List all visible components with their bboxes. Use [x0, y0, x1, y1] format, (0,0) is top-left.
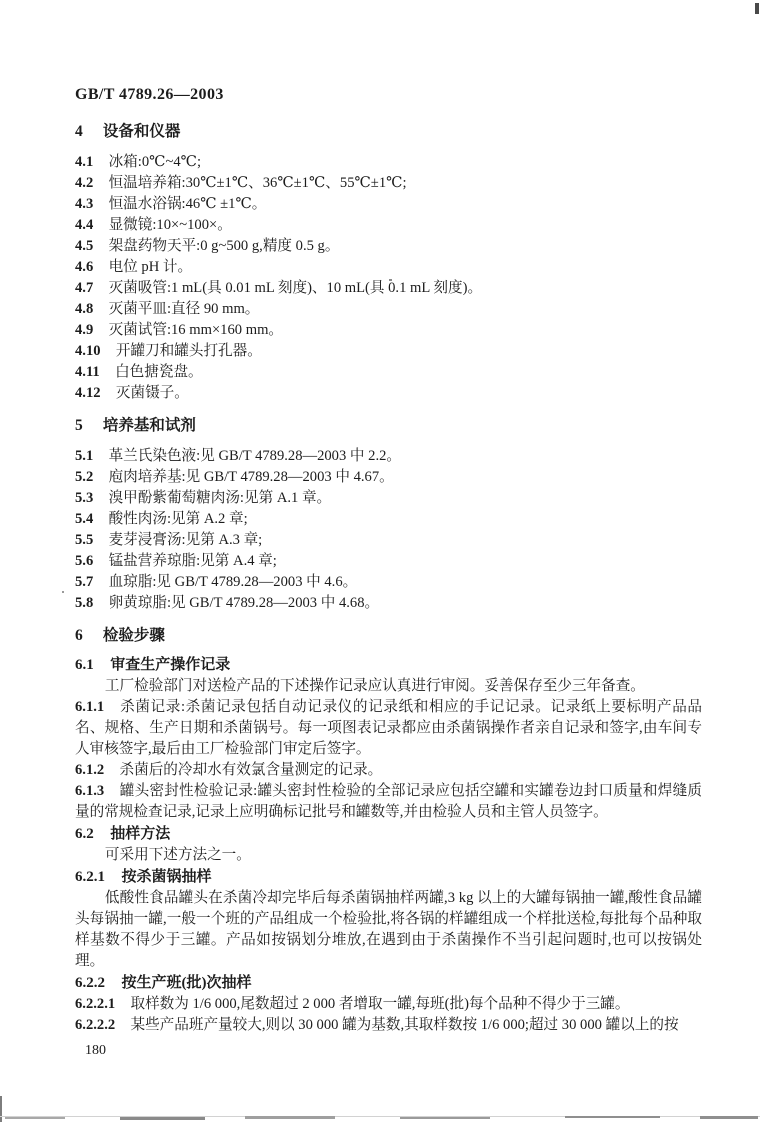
- paragraph: 低酸性食品罐头在杀菌冷却完毕后每杀菌锅抽样两罐,3 kg 以上的大罐每锅抽一罐,…: [75, 888, 702, 972]
- clause: 5.5麦芽浸膏汤:见第 A.3 章;: [75, 530, 702, 551]
- clause-number: 6.2.1: [75, 869, 105, 885]
- clause-number: 5.2: [75, 469, 93, 485]
- clause: 5.7血琼脂:见 GB/T 4789.28—2003 中 4.6。: [75, 572, 702, 593]
- clause: 5.4酸性肉汤:见第 A.2 章;: [75, 509, 702, 530]
- clause: 4.7灭菌吸管:1 mL(具 0.01 mL 刻度)、10 mL(具 0.1 m…: [75, 278, 702, 299]
- clause-number: 5: [75, 417, 83, 434]
- clause: 4.3恒温水浴锅:46℃ ±1℃。: [75, 194, 702, 215]
- clause-text: 溴甲酚紫葡萄糖肉汤:见第 A.1 章。: [109, 490, 332, 506]
- clause-number: 5.6: [75, 553, 93, 569]
- paragraph: 可采用下述方法之一。: [75, 845, 702, 866]
- clause: 5.6锰盐营养琼脂:见第 A.4 章;: [75, 551, 702, 572]
- heading-title: 按生产班(批)次抽样: [122, 975, 252, 991]
- scan-artifact-bottom-segment: [565, 1116, 660, 1118]
- clause: 6.1.1杀菌记录:杀菌记录包括自动记录仪的记录纸和相应的手记记录。记录纸上要标…: [75, 697, 702, 760]
- clause: 6.2.2.2某些产品班产量较大,则以 30 000 罐为基数,其取样数按 1/…: [75, 1015, 702, 1036]
- clause-number: 6.1.1: [75, 699, 104, 715]
- heading-title: 设备和仪器: [103, 123, 181, 140]
- clause-text: 架盘药物天平:0 g~500 g,精度 0.5 g。: [109, 238, 340, 254]
- clause: 5.1革兰氏染色液:见 GB/T 4789.28—2003 中 2.2。: [75, 446, 702, 467]
- clause: 4.10开罐刀和罐头打孔器。: [75, 341, 702, 362]
- clause-text: 恒温水浴锅:46℃ ±1℃。: [109, 196, 267, 212]
- clause-number: 6.2.2: [75, 975, 105, 991]
- heading-title: 审查生产操作记录: [110, 657, 230, 673]
- clause: 4.1冰箱:0℃~4℃;: [75, 152, 702, 173]
- document-content: GB/T 4789.26—2003 4设备和仪器4.1冰箱:0℃~4℃;4.2恒…: [75, 86, 702, 1059]
- heading-title: 按杀菌锅抽样: [122, 869, 212, 885]
- scan-artifact-bottom-segment: [245, 1116, 335, 1119]
- clause-number: 4.10: [75, 343, 101, 359]
- clause-number: 6.1.3: [75, 783, 104, 799]
- scan-artifact-bottom-segment: [700, 1116, 758, 1119]
- clause-number: 4.8: [75, 301, 93, 317]
- clause-text: 开罐刀和罐头打孔器。: [116, 343, 262, 359]
- scan-artifact-bottom-segment: [400, 1117, 490, 1119]
- clause-text: 卵黄琼脂:见 GB/T 4789.28—2003 中 4.68。: [109, 595, 380, 611]
- clause-number: 4.9: [75, 322, 93, 338]
- scan-artifact-bottom-left-tick: [0, 1096, 2, 1122]
- clause: 4.2恒温培养箱:30℃±1℃、36℃±1℃、55℃±1℃;: [75, 173, 702, 194]
- clause-number: 6.2.2.1: [75, 996, 115, 1012]
- clause-text: 某些产品班产量较大,则以 30 000 罐为基数,其取样数按 1/6 000;超…: [130, 1017, 678, 1033]
- clause-number: 4: [75, 123, 83, 140]
- clause-number: 5.3: [75, 490, 93, 506]
- clause-number: 4.7: [75, 280, 93, 296]
- clause: 5.3溴甲酚紫葡萄糖肉汤:见第 A.1 章。: [75, 488, 702, 509]
- clause-text: 灭菌试管:16 mm×160 mm。: [109, 322, 283, 338]
- clause: 6.1.3罐头密封性检验记录:罐头密封性检验的全部记录应包括空罐和实罐卷边封口质…: [75, 781, 702, 823]
- clause-text: 可采用下述方法之一。: [105, 847, 251, 863]
- clause-text: 杀菌记录:杀菌记录包括自动记录仪的记录纸和相应的手记记录。记录纸上要标明产品品名…: [75, 699, 702, 757]
- clause-text: 灭菌镊子。: [116, 385, 189, 401]
- scan-artifact-speck: [62, 591, 64, 593]
- heading-title: 抽样方法: [110, 826, 170, 842]
- section-heading: 6检验步骤: [75, 626, 702, 645]
- clause-number: 5.5: [75, 532, 93, 548]
- clause-number: 4.6: [75, 259, 93, 275]
- clause-number: 4.1: [75, 154, 93, 170]
- clause-text: 电位 pH 计。: [109, 259, 193, 275]
- section-heading: 5培养基和试剂: [75, 416, 702, 435]
- heading-title: 检验步骤: [103, 627, 165, 644]
- clause-text: 冰箱:0℃~4℃;: [109, 154, 201, 170]
- paragraph: 工厂检验部门对送检产品的下述操作记录应认真进行审阅。妥善保存至少三年备查。: [75, 676, 702, 697]
- scan-artifact-top-right-tick: [755, 3, 759, 14]
- clause-text: 低酸性食品罐头在杀菌冷却完毕后每杀菌锅抽样两罐,3 kg 以上的大罐每锅抽一罐,…: [75, 890, 702, 969]
- clause-text: 灭菌吸管:1 mL(具 0.01 mL 刻度)、10 mL(具 0.1 mL 刻…: [109, 280, 482, 296]
- clause-text: 显微镜:10×~100×。: [109, 217, 232, 233]
- clause-text: 罐头密封性检验记录:罐头密封性检验的全部记录应包括空罐和实罐卷边封口质量和焊缝质…: [75, 783, 702, 820]
- clause-number: 4.2: [75, 175, 93, 191]
- scan-artifact-speck: [389, 279, 392, 281]
- clause: 5.2庖肉培养基:见 GB/T 4789.28—2003 中 4.67。: [75, 467, 702, 488]
- clause-number: 6.2: [75, 826, 94, 842]
- clause: 4.12灭菌镊子。: [75, 383, 702, 404]
- clause-text: 工厂检验部门对送检产品的下述操作记录应认真进行审阅。妥善保存至少三年备查。: [105, 678, 645, 694]
- clause-number: 6.1: [75, 657, 94, 673]
- scan-artifact-bottom-segment: [5, 1117, 65, 1119]
- clause-text: 庖肉培养基:见 GB/T 4789.28—2003 中 4.67。: [109, 469, 394, 485]
- section-heading: 4设备和仪器: [75, 122, 702, 141]
- clause-text: 血琼脂:见 GB/T 4789.28—2003 中 4.6。: [109, 574, 358, 590]
- clause: 5.8卵黄琼脂:见 GB/T 4789.28—2003 中 4.68。: [75, 593, 702, 614]
- subsection-heading: 6.2.2按生产班(批)次抽样: [75, 974, 702, 993]
- clause-number: 4.5: [75, 238, 93, 254]
- clause: 4.11白色搪瓷盘。: [75, 362, 702, 383]
- clause-number: 6: [75, 627, 83, 644]
- clause: 4.6电位 pH 计。: [75, 257, 702, 278]
- clause-text: 恒温培养箱:30℃±1℃、36℃±1℃、55℃±1℃;: [109, 175, 407, 191]
- subsection-heading: 6.2.1按杀菌锅抽样: [75, 868, 702, 887]
- document-page: GB/T 4789.26—2003 4设备和仪器4.1冰箱:0℃~4℃;4.2恒…: [0, 0, 760, 1122]
- clause-text: 灭菌平皿:直径 90 mm。: [109, 301, 260, 317]
- clause: 6.1.2杀菌后的冷却水有效氯含量测定的记录。: [75, 760, 702, 781]
- clause: 6.2.2.1取样数为 1/6 000,尾数超过 2 000 者增取一罐,每班(…: [75, 994, 702, 1015]
- clause-text: 杀菌后的冷却水有效氯含量测定的记录。: [120, 762, 383, 778]
- clause: 4.5架盘药物天平:0 g~500 g,精度 0.5 g。: [75, 236, 702, 257]
- clause: 4.8灭菌平皿:直径 90 mm。: [75, 299, 702, 320]
- scan-artifact-bottom-segment: [120, 1117, 205, 1120]
- clause-number: 4.4: [75, 217, 93, 233]
- standard-number: GB/T 4789.26—2003: [75, 86, 702, 104]
- clause-text: 锰盐营养琼脂:见第 A.4 章;: [109, 553, 277, 569]
- subsection-heading: 6.2抽样方法: [75, 825, 702, 844]
- clause-number: 4.12: [75, 385, 101, 401]
- page-number: 180: [75, 1042, 702, 1059]
- clause-number: 4.11: [75, 364, 100, 380]
- clause-text: 麦芽浸膏汤:见第 A.3 章;: [109, 532, 263, 548]
- clause-text: 取样数为 1/6 000,尾数超过 2 000 者增取一罐,每班(批)每个品种不…: [130, 996, 629, 1012]
- clause-number: 6.1.2: [75, 762, 104, 778]
- clause-number: 5.8: [75, 595, 93, 611]
- clause-number: 5.4: [75, 511, 93, 527]
- clause-number: 5.1: [75, 448, 93, 464]
- clause-text: 革兰氏染色液:见 GB/T 4789.28—2003 中 2.2。: [109, 448, 401, 464]
- document-body: 4设备和仪器4.1冰箱:0℃~4℃;4.2恒温培养箱:30℃±1℃、36℃±1℃…: [75, 122, 702, 1036]
- clause-text: 酸性肉汤:见第 A.2 章;: [109, 511, 248, 527]
- clause: 4.4显微镜:10×~100×。: [75, 215, 702, 236]
- clause-text: 白色搪瓷盘。: [115, 364, 203, 380]
- heading-title: 培养基和试剂: [103, 417, 196, 434]
- subsection-heading: 6.1审查生产操作记录: [75, 656, 702, 675]
- clause-number: 5.7: [75, 574, 93, 590]
- clause-number: 6.2.2.2: [75, 1017, 115, 1033]
- clause: 4.9灭菌试管:16 mm×160 mm。: [75, 320, 702, 341]
- clause-number: 4.3: [75, 196, 93, 212]
